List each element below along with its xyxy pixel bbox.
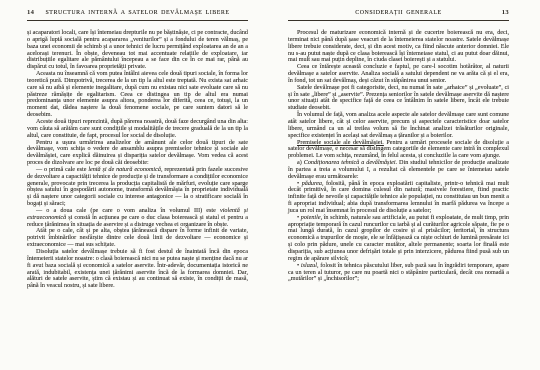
page-body-left: și acaparatori locali, care își întemeia… <box>27 30 248 290</box>
text-run: și acaparatori locali, care își întemeia… <box>27 30 248 70</box>
paragraph: Premisele sociale ale devălmășiei. Pentr… <box>288 140 509 161</box>
page-body-right: Procesul de maturizare economică internă… <box>288 30 509 283</box>
paragraph: Satele devălmașe pot fi categorisite, de… <box>288 85 509 112</box>
text-run: Ceea ce întărește această concluzie e fa… <box>288 64 509 84</box>
paragraph: a) Condiționarea tehnică a devălmășiei. … <box>288 160 509 181</box>
text-run-italic: lentă și de natură economică <box>88 167 161 173</box>
page-right-header: CONSIDERAȚII GENERALE 13 <box>288 9 509 19</box>
text-run: , reprezentată prin fazele succesive de … <box>27 167 248 207</box>
text-run-italic: Condiționarea tehnică a devălmășiei. <box>304 160 397 166</box>
paragraph: Disoluția satelor devălmașe trebuie să f… <box>27 249 248 290</box>
running-title-left: STRUCTURA INTERNĂ A SATELOR DEVĂLMAȘE LI… <box>45 10 230 16</box>
text-run-italic: poienile <box>301 215 321 221</box>
text-run: , folosită, până în epoca exploatării ca… <box>288 181 509 214</box>
text-run: , în schimb, naturale sau artificiale, a… <box>288 215 509 262</box>
paragraph: Pentru a ușura urmărirea analizelor de a… <box>27 140 248 167</box>
paragraph: Procesul de maturizare economică internă… <box>288 30 509 64</box>
paragraph: • pădurea, folosită, până în epoca explo… <box>288 181 509 215</box>
header-rule-left <box>27 20 248 21</box>
running-title-right: CONSIDERAȚII GENERALE <box>306 10 491 16</box>
paragraph: Ceea ce întărește această concluzie e fa… <box>288 64 509 85</box>
text-run-underline: Premisele sociale ale devălmășiei. <box>297 140 384 146</box>
text-run: Satele devălmașe pot fi categorisite, de… <box>288 85 509 112</box>
page-number-left: 14 <box>27 9 45 16</box>
text-run: Procesul de maturizare economică internă… <box>288 30 509 63</box>
text-run: Atât pe o cale, cât și pe alta, obștea ț… <box>27 228 248 248</box>
paragraph: — o primă cale este lentă și de natură e… <box>27 167 248 208</box>
paragraph: Aceste două tipuri reprezintă, după păre… <box>27 119 248 140</box>
text-run: Pentru a ușura urmărirea analizelor de a… <box>27 140 248 167</box>
text-run: Aceasta nu înseamnă că vom putea întâlni… <box>27 71 248 118</box>
page-left-header: 14 STRUCTURA INTERNĂ A SATELOR DEVĂLMAȘE… <box>27 9 248 19</box>
paragraph: • poienile, în schimb, naturale sau arti… <box>288 215 509 263</box>
page-number-right: 13 <box>491 9 509 16</box>
text-run: În volumul de față, vom analiza acele as… <box>288 112 509 139</box>
text-run-italic: pădurea <box>302 181 322 187</box>
text-run: a) <box>297 160 304 166</box>
text-run: — o primă cale este <box>36 167 88 173</box>
text-run: Disoluția satelor devălmașe trebuie să f… <box>27 249 248 289</box>
text-run: , folosit în tehnica păscutului liber, s… <box>288 263 509 283</box>
page-left: 14 STRUCTURA INTERNĂ A SATELOR DEVĂLMAȘE… <box>27 9 248 290</box>
paragraph: • islazul, folosit în tehnica păscutului… <box>288 263 509 284</box>
book-spread: 14 STRUCTURA INTERNĂ A SATELOR DEVĂLMAȘE… <box>0 0 540 370</box>
paragraph: Atât pe o cale, cât și pe alta, obștea ț… <box>27 228 248 249</box>
page-right: CONSIDERAȚII GENERALE 13 Procesul de mat… <box>288 9 509 283</box>
text-run: — o a doua cale (pe care o vom analiza î… <box>36 208 220 214</box>
paragraph: — o a doua cale (pe care o vom analiza î… <box>27 208 248 229</box>
header-rule-right <box>288 20 509 21</box>
text-run: Aceste două tipuri reprezintă, după păre… <box>27 119 248 139</box>
paragraph: și acaparatori locali, care își întemeia… <box>27 30 248 71</box>
text-run-italic: islazul <box>301 263 317 269</box>
paragraph: Aceasta nu înseamnă că vom putea întâlni… <box>27 71 248 119</box>
paragraph: În volumul de față, vom analiza acele as… <box>288 112 509 139</box>
